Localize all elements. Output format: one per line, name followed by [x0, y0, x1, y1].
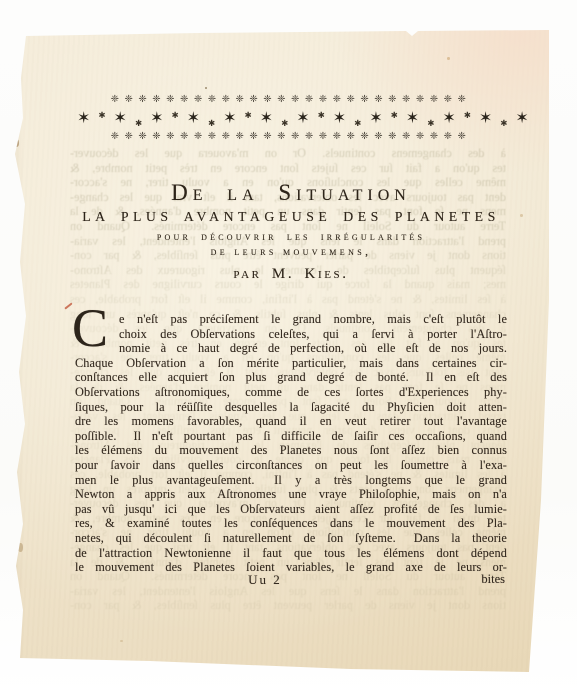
antique-page: à des changemens continuels. Or on m'avo… [0, 0, 577, 700]
body-text-line: e n'eſt pas préciſement le grand nombre,… [75, 312, 507, 327]
title-line-2: LA PLUS AVANTAGEUSE DES PLANETES [75, 209, 507, 225]
showthrough-line: tes qu'on a fait ſur ces ſujets ſont enc… [70, 161, 506, 176]
body-text-line: les élémens du mouvement des Planetes no… [75, 443, 507, 458]
body-text-line: Obſervations aſtronomiques, comme de ces… [75, 385, 507, 400]
ornament-star-small: ✱ [464, 104, 471, 128]
ornament-star-small: ✱ [245, 104, 252, 128]
body-text-line: pour ſavoir dans quelles circonſtances o… [75, 458, 507, 473]
ornament-star-big: ✶ [369, 106, 382, 130]
ornament-star-small: ✱ [171, 104, 178, 128]
body-text-line: men le plus avantageuſement. Il y a très… [75, 473, 507, 488]
ornament-star-big: ✶ [77, 106, 90, 130]
ornament-star-big: ✶ [223, 106, 236, 130]
page-footer: Uu 2 bites [75, 572, 507, 588]
printers-ornament-band: ❈❈❈❈❈❈❈❈❈❈❈❈❈❈❈❈❈❈❈❈❈❈❈❈❈❈ ✶✱✶✱✶✱✶✱✶✱✶✱✶… [73, 93, 509, 143]
showthrough-line: tions dont je viens de parler peuvent êt… [70, 598, 506, 613]
body-text-line: poſſible. Il n'eſt pourtant pas ſi diffi… [75, 429, 507, 444]
edge-chip [16, 184, 20, 189]
body-text-line: conſtances elle acquiert ſon plus grand … [75, 370, 507, 385]
ornament-star-big: ✶ [150, 106, 163, 130]
ornament-border-row-top: ❈❈❈❈❈❈❈❈❈❈❈❈❈❈❈❈❈❈❈❈❈❈❈❈❈❈ [73, 93, 509, 106]
body-text-line: pas vû jusqu' ici que les Obſervateurs a… [75, 502, 507, 517]
author-byline: par M. Kies. [75, 266, 507, 283]
ornament-star-small: ✱ [391, 104, 398, 128]
gathering-signature: Uu 2 [75, 572, 455, 588]
body-paragraph: C e n'eſt pas préciſement le grand nombr… [75, 312, 507, 575]
body-text-line: ſiques, pour la réüſſite desquelles la ſ… [75, 400, 507, 415]
ornament-star-big: ✶ [333, 106, 346, 130]
edge-chip [15, 598, 19, 605]
foxing-speck [205, 87, 207, 89]
showthrough-line: à des changemens continuels. Or on m'avo… [70, 146, 506, 161]
body-text-line: Chaque Obſervation a ſon mérite particul… [75, 356, 507, 371]
ornament-star-big: ✶ [187, 106, 200, 130]
ornament-star-small: ✱ [318, 104, 325, 128]
title-line-4: de leurs mouvemens, [75, 246, 507, 258]
ornament-star-big: ✶ [260, 106, 273, 130]
foxing-speck [120, 640, 123, 642]
ornament-star-small: ✱ [98, 104, 105, 128]
edge-chip [14, 139, 19, 147]
body-text-line: de l'attraction Newtonienne il faut que … [75, 546, 507, 561]
ornament-star-big: ✶ [515, 106, 528, 130]
title-main: De la Situation [75, 180, 507, 206]
edge-chip [18, 543, 23, 552]
body-text-line: netes, qui découlent ſi naturellement de… [75, 531, 507, 546]
body-text-line: dre les momens favorables, quand il en v… [75, 414, 507, 429]
showthrough-line: à ſes limites, & ne s'étend pas à l'infi… [70, 292, 506, 307]
ornament-star-row: ✶✱✶✱✶✱✶✱✶✱✶✱✶✱✶✱✶✱✶✱✶✱✶✱✶ [73, 106, 509, 130]
body-lines: e n'eſt pas préciſement le grand nombre,… [75, 312, 507, 575]
photo-stage: à des changemens continuels. Or on m'avo… [0, 0, 577, 700]
body-text-line: Newton a appris aux Aſtronomes une vraye… [75, 487, 507, 502]
ornament-star-big: ✶ [114, 106, 127, 130]
title-line-3: pour découvrir les irrégularités [75, 229, 507, 244]
body-text-line: choix des Obſervations celeſtes, qui a ſ… [75, 327, 507, 342]
body-text-line: nomie à ce haut degré de perfection, où … [75, 341, 507, 356]
foxing-speck [447, 57, 450, 60]
ornament-star-big: ✶ [442, 106, 455, 130]
ornament-star-big: ✶ [296, 106, 309, 130]
body-text-line: res, & examiné toutes les conſéquences d… [75, 516, 507, 531]
ornament-star-big: ✶ [479, 106, 492, 130]
ornament-star-big: ✶ [406, 106, 419, 130]
drop-cap: C [72, 302, 108, 354]
foxing-speck [520, 214, 523, 217]
ornament-border-row-bottom: ❈❈❈❈❈❈❈❈❈❈❈❈❈❈❈❈❈❈❈❈❈❈❈❈❈❈ [73, 130, 509, 143]
catchword: bites [481, 572, 505, 587]
